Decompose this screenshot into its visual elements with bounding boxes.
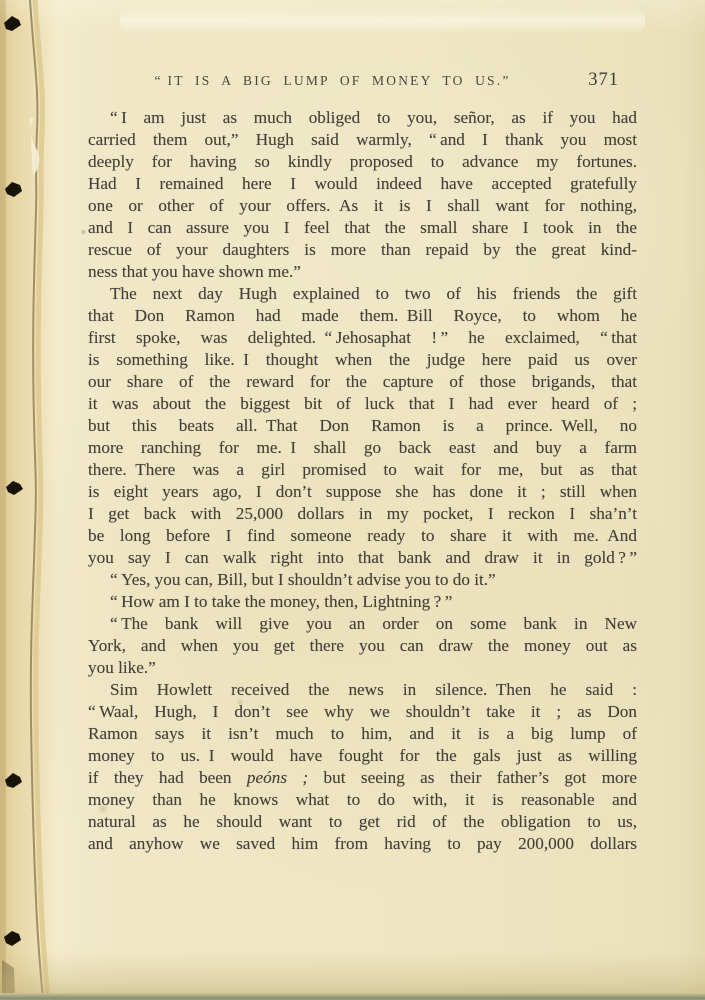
text-segment: “ I am just as much obliged to you, seño… [110, 108, 637, 127]
text-segment: carried them out,” Hugh said warmly, “ a… [88, 130, 637, 149]
text-line: I get back with 25,000 dollars in my poc… [88, 503, 637, 525]
page-header: “ IT IS A BIG LUMP OF MONEY TO US.” 371 [88, 70, 637, 90]
bottom-book-edge [0, 993, 705, 1000]
text-segment: and I can assure you I feel that the sma… [88, 218, 637, 237]
text-segment: York, and when you get there you can dra… [88, 636, 637, 655]
text-line: deeply for having so kindly proposed to … [88, 151, 637, 173]
page-body: “ I am just as much obliged to you, seño… [88, 107, 637, 855]
text-segment: one or other of your offers. As it is I … [88, 196, 637, 215]
text-segment: Had I remained here I would indeed have … [88, 174, 637, 193]
text-line: our share of the reward for the capture … [88, 371, 637, 393]
text-line: if they had been peóns ; but seeing as t… [88, 767, 637, 789]
text-line: York, and when you get there you can dra… [88, 635, 637, 657]
text-segment: and anyhow we saved him from having to p… [88, 834, 637, 853]
text-line: be long before I find someone ready to s… [88, 525, 637, 547]
binding-stitch-mark [4, 16, 21, 31]
text-line: is eight years ago, I don’t suppose she … [88, 481, 637, 503]
binding-stitch-mark [4, 931, 21, 946]
page-number: 371 [588, 70, 619, 91]
text-segment: more ranching for me. I shall go back ea… [88, 438, 637, 457]
text-line: “ The bank will give you an order on som… [88, 613, 637, 635]
text-segment: rescue of your daughters is more than re… [88, 240, 637, 259]
text-segment: you like.” [88, 658, 156, 677]
text-line: money to us. I would have fought for the… [88, 745, 637, 767]
text-segment: “ The bank will give you an order on som… [110, 614, 637, 633]
book-page: “ IT IS A BIG LUMP OF MONEY TO US.” 371 … [0, 0, 705, 1000]
binding-stitch-mark [5, 182, 22, 197]
text-segment: there. There was a girl promised to wait… [88, 460, 637, 479]
text-segment: is something like. I thought when the ju… [88, 350, 637, 369]
text-segment: money to us. I would have fought for the… [88, 746, 637, 765]
text-line: natural as he should want to get rid of … [88, 811, 637, 833]
text-segment: “ Yes, you can, Bill, but I shouldn’t ad… [110, 570, 496, 589]
text-segment: be long before I find someone ready to s… [88, 526, 637, 545]
text-segment: it was about the biggest bit of luck tha… [88, 394, 637, 413]
text-line: Had I remained here I would indeed have … [88, 173, 637, 195]
binding-stitch-mark [6, 481, 23, 495]
text-line: you say I can walk right into that bank … [88, 547, 637, 569]
page-left-edge [0, 0, 6, 1000]
text-segment: “ Waal, Hugh, I don’t see why we shouldn… [88, 702, 637, 721]
text-segment: Sim Howlett received the news in silence… [110, 680, 637, 699]
text-segment: if they had been [88, 768, 247, 787]
text-line: “ I am just as much obliged to you, seño… [88, 107, 637, 129]
text-line: carried them out,” Hugh said warmly, “ a… [88, 129, 637, 151]
text-segment: but this beats all. That Don Ramon is a … [88, 416, 637, 435]
text-line: ness that you have shown me.” [88, 261, 637, 283]
text-segment: I get back with 25,000 dollars in my poc… [88, 504, 637, 523]
text-line: money than he knows what to do with, it … [88, 789, 637, 811]
text-segment: is eight years ago, I don’t suppose she … [88, 482, 637, 501]
italic-text: peóns ; [247, 768, 308, 787]
text-line: you like.” [88, 657, 637, 679]
text-segment: first spoke, was delighted. “ Jehosaphat… [88, 328, 637, 347]
text-line: rescue of your daughters is more than re… [88, 239, 637, 261]
text-line: Ramon says it isn’t much to him, and it … [88, 723, 637, 745]
text-line: one or other of your offers. As it is I … [88, 195, 637, 217]
text-segment: Ramon says it isn’t much to him, and it … [88, 724, 637, 743]
text-segment: natural as he should want to get rid of … [88, 812, 637, 831]
text-line: but this beats all. That Don Ramon is a … [88, 415, 637, 437]
text-segment: ness that you have shown me.” [88, 262, 301, 281]
paper-sheen [120, 8, 645, 34]
text-line: it was about the biggest bit of luck tha… [88, 393, 637, 415]
text-line: The next day Hugh explained to two of hi… [88, 283, 637, 305]
text-line: and I can assure you I feel that the sma… [88, 217, 637, 239]
bottom-page-shade [0, 951, 705, 993]
text-line: Sim Howlett received the news in silence… [88, 679, 637, 701]
running-header-title: “ IT IS A BIG LUMP OF MONEY TO US.” [88, 73, 577, 89]
paper-speck [80, 229, 87, 235]
text-line: more ranching for me. I shall go back ea… [88, 437, 637, 459]
text-segment: our share of the reward for the capture … [88, 372, 637, 391]
text-line: “ Yes, you can, Bill, but I shouldn’t ad… [88, 569, 637, 591]
binding-stitch-mark [5, 773, 22, 788]
text-segment: you say I can walk right into that bank … [88, 548, 637, 567]
text-line: “ How am I to take the money, then, Ligh… [88, 591, 637, 613]
text-segment: “ How am I to take the money, then, Ligh… [110, 592, 452, 611]
text-line: and anyhow we saved him from having to p… [88, 833, 637, 855]
text-segment: deeply for having so kindly proposed to … [88, 152, 637, 171]
text-line: that Don Ramon had made them. Bill Royce… [88, 305, 637, 327]
binding-edge-art [0, 0, 70, 1000]
text-line: there. There was a girl promised to wait… [88, 459, 637, 481]
text-segment: The next day Hugh explained to two of hi… [110, 284, 637, 303]
text-segment: that Don Ramon had made them. Bill Royce… [88, 306, 637, 325]
text-line: is something like. I thought when the ju… [88, 349, 637, 371]
text-segment: but seeing as their father’s got more [308, 768, 637, 787]
text-line: “ Waal, Hugh, I don’t see why we shouldn… [88, 701, 637, 723]
text-line: first spoke, was delighted. “ Jehosaphat… [88, 327, 637, 349]
text-segment: money than he knows what to do with, it … [88, 790, 637, 809]
